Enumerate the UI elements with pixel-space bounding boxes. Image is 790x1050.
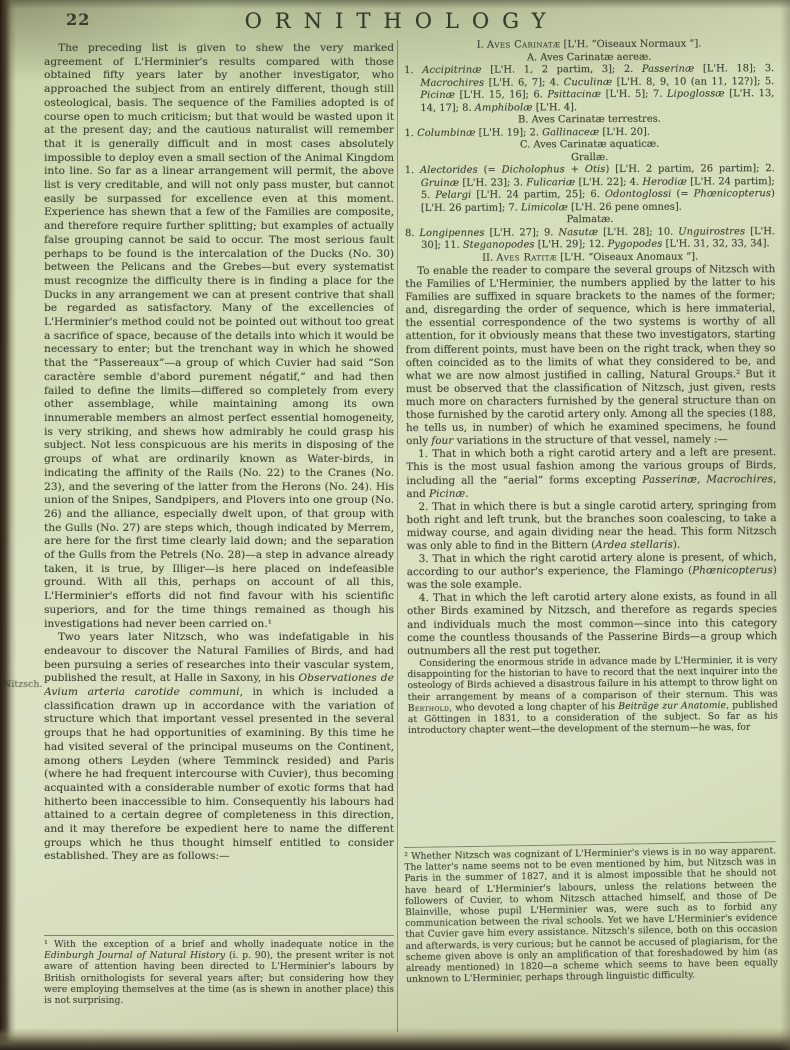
paragraph: To enable the reader to compare the seve…	[405, 263, 776, 448]
classification-entries-a: 1. Accipitrinæ [L'H. 1, 2 partim, 3]; 2.…	[404, 63, 774, 115]
numbered-item: 2. That in which there is but a single c…	[406, 499, 776, 553]
small-type-paragraph: Considering the enormous stride in advan…	[407, 654, 778, 736]
numbered-item: 1. That in which both a right carotid ar…	[406, 446, 776, 500]
numbered-item: 3. That in which the right carotid arter…	[407, 551, 777, 592]
page-title: ORNITHOLOGY	[0, 9, 790, 33]
paragraph: The preceding list is given to shew the …	[44, 42, 394, 631]
left-column: The preceding list is given to shew the …	[44, 42, 394, 934]
numbered-item: 4. That in which the left carotid artery…	[407, 590, 777, 657]
page-edge-shadow-bottom	[0, 1028, 790, 1050]
footnote-rule	[44, 935, 394, 936]
footnote-2: ² Whether Nitzsch was cognizant of L'Her…	[404, 845, 778, 985]
classification-entries-palmatae: 8. Longipennes [L'H. 27]; 9. Nasutæ [L'H…	[405, 226, 775, 253]
page-edge-shadow-right	[780, 0, 790, 1050]
page-edge-shadow-top	[0, 0, 790, 9]
paragraph: Two years later Nitzsch, who was indefat…	[44, 631, 394, 864]
scanned-page: 22 ORNITHOLOGY Nitzsch. The preceding li…	[0, 0, 790, 1050]
column-divider-rule	[397, 40, 398, 1032]
footnote-1: ¹ With the exception of a brief and whol…	[44, 939, 394, 1006]
right-column: I. Aves Carinatæ [L'H. “Oiseaux Normaux …	[404, 38, 778, 846]
left-footnote-block: ¹ With the exception of a brief and whol…	[44, 935, 394, 1021]
right-footnote-block: ² Whether Nitzsch was cognizant of L'Her…	[404, 841, 779, 1029]
classification-list: I. Aves Carinatæ [L'H. “Oiseaux Normaux …	[404, 38, 775, 265]
classification-entries-grallae: 1. Alectorides (= Dicholophus + Otis) [L…	[405, 163, 775, 215]
page-edge-shadow-left	[0, 0, 16, 1050]
